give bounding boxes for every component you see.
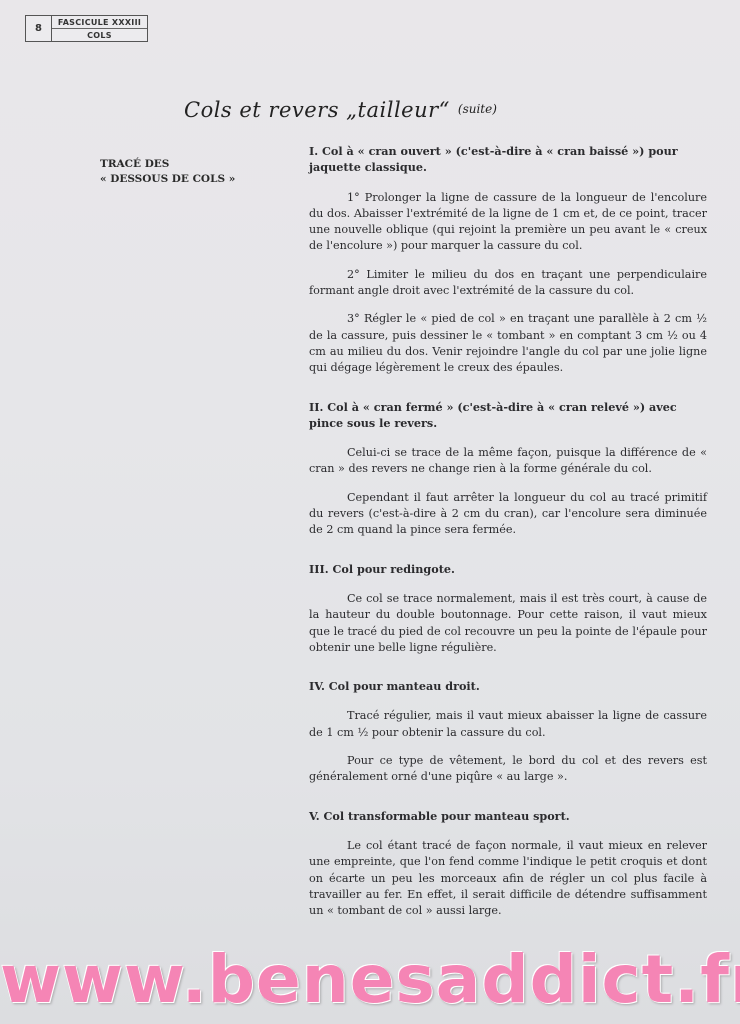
section-label: COLS [52,29,147,41]
title-suffix: (suite) [458,102,497,116]
main-content: I. Col à « cran ouvert » (c'est-à-dire à… [309,143,707,919]
title-main: Cols et revers „tailleur“ [184,98,450,122]
header-labels: FASCICULE XXXIII COLS [52,16,147,41]
paragraph: Pour ce type de vêtement, le bord du col… [309,753,707,786]
paragraph: Ce col se trace normalement, mais il est… [309,591,707,656]
document-page: 8 FASCICULE XXXIII COLS Cols et revers „… [0,0,740,1024]
paragraph: 2° Limiter le milieu du dos en traçant u… [309,267,707,300]
section-3: III. Col pour redingote. Ce col se trace… [309,561,707,656]
paragraph: 3° Régler le « pied de col » en traçant … [309,311,707,376]
section-title: III. Col pour redingote. [309,561,707,577]
paragraph: 1° Prolonger la ligne de cassure de la l… [309,190,707,255]
section-title: II. Col à « cran fermé » (c'est-à-dire à… [309,399,707,432]
page-number: 8 [26,16,52,41]
paragraph: Le col étant tracé de façon normale, il … [309,838,707,919]
paragraph: Celui-ci se trace de la même façon, puis… [309,445,707,478]
page-header-box: 8 FASCICULE XXXIII COLS [25,15,148,42]
section-4: IV. Col pour manteau droit. Tracé réguli… [309,678,707,785]
side-heading-line2: « DESSOUS DE COLS » [100,172,280,187]
section-1: I. Col à « cran ouvert » (c'est-à-dire à… [309,143,707,377]
fascicule-label: FASCICULE XXXIII [52,16,147,29]
section-5: V. Col transformable pour manteau sport.… [309,808,707,920]
section-title: IV. Col pour manteau droit. [309,678,707,694]
section-title: V. Col transformable pour manteau sport. [309,808,707,824]
watermark-url: www.benesaddict.fr [0,940,740,1020]
section-2: II. Col à « cran fermé » (c'est-à-dire à… [309,399,707,539]
paragraph: Cependant il faut arrêter la longueur du… [309,490,707,539]
side-heading-line1: TRACÉ DES [100,157,280,172]
paragraph: Tracé régulier, mais il vaut mieux abais… [309,708,707,741]
page-title: Cols et revers „tailleur“(suite) [184,98,497,122]
side-heading: TRACÉ DES « DESSOUS DE COLS » [100,157,280,187]
section-title: I. Col à « cran ouvert » (c'est-à-dire à… [309,143,707,176]
